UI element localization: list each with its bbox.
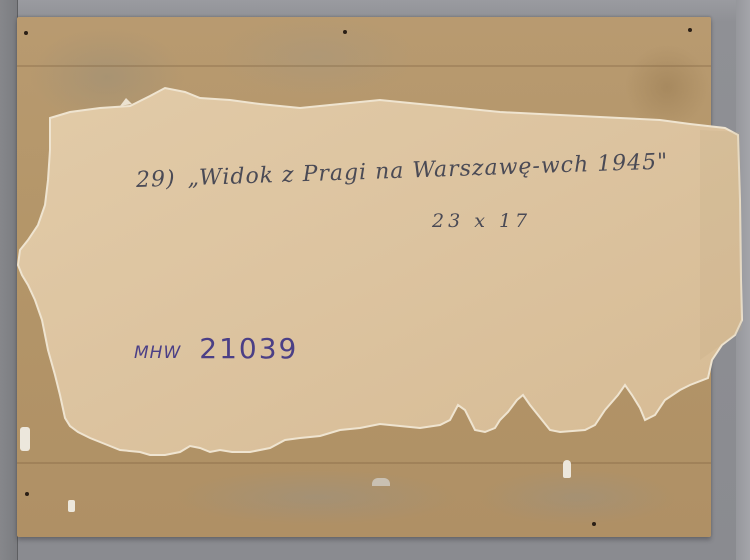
inventory-number: 21039 <box>199 332 298 365</box>
inventory-prefix: MHW <box>134 343 181 363</box>
white-paper-fleck <box>372 478 390 486</box>
white-paper-fleck <box>20 427 30 451</box>
catalog-entry-number: 29) <box>136 167 176 193</box>
white-paper-fleck <box>68 500 75 512</box>
torn-paper-shape <box>0 0 750 560</box>
torn-paper-label <box>0 0 750 560</box>
white-paper-fleck <box>563 460 571 478</box>
museum-inventory-number: MHW21039 <box>134 332 298 365</box>
artwork-dimensions: 23 x 17 <box>432 210 531 232</box>
